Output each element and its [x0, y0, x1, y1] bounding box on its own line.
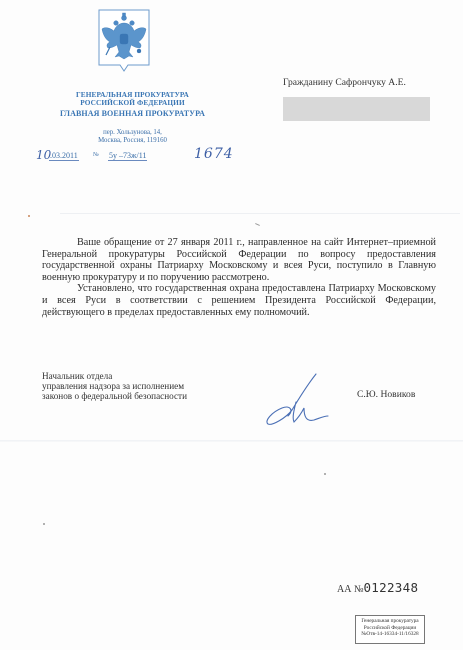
letter-body: Ваше обращение от 27 января 2011 г., нап… — [42, 237, 436, 318]
coat-of-arms-icon — [97, 9, 151, 78]
stamp-line3: №Отв-14-16334-11/16328 — [356, 631, 424, 638]
form-serial: АА №0122348 — [337, 580, 418, 595]
registration-number: 5у –73ж/11 — [108, 151, 147, 161]
letter-page: ГЕНЕРАЛЬНАЯ ПРОКУРАТУРА РОССИЙСКОЙ ФЕДЕР… — [0, 0, 463, 650]
registration-line: 10 .03.2011 № 5у –73ж/11 1674 — [36, 150, 236, 166]
address-line1: пер. Хользунова, 14, — [40, 129, 225, 137]
scan-speck — [324, 473, 326, 475]
stamp-line1: Генеральная прокуратура — [356, 618, 424, 625]
handwritten-number: 1674 — [194, 146, 234, 162]
fold-line — [60, 213, 460, 214]
number-sign: № — [93, 152, 99, 158]
scan-speck — [28, 215, 30, 217]
signature-icon — [258, 372, 338, 432]
address-line2: Москва, Россия, 119160 — [40, 137, 225, 145]
scan-speck — [255, 223, 260, 226]
signatory-name: С.Ю. Новиков — [357, 389, 415, 400]
scan-speck — [43, 523, 45, 525]
redacted-address — [283, 97, 430, 121]
registration-stamp: Генеральная прокуратура Российской Федер… — [355, 615, 425, 644]
signatory-title: Начальник отдела управления надзора за и… — [42, 372, 187, 401]
serial-number: 0122348 — [363, 580, 418, 595]
org-name-line2: РОССИЙСКОЙ ФЕДЕРАЦИИ — [40, 98, 225, 107]
body-paragraph-2: Установлено, что государственная охрана … — [42, 283, 436, 318]
signatory-title-line3: законов о федеральной безопасности — [42, 392, 187, 402]
org-subdivision: ГЛАВНАЯ ВОЕННАЯ ПРОКУРАТУРА — [40, 109, 225, 118]
fold-line — [0, 440, 463, 442]
recipient-name: Гражданину Сафрончуку А.Е. — [283, 77, 406, 88]
registration-date: .03.2011 — [49, 151, 79, 161]
body-paragraph-1: Ваше обращение от 27 января 2011 г., нап… — [42, 237, 436, 283]
serial-series: АА № — [337, 584, 363, 595]
